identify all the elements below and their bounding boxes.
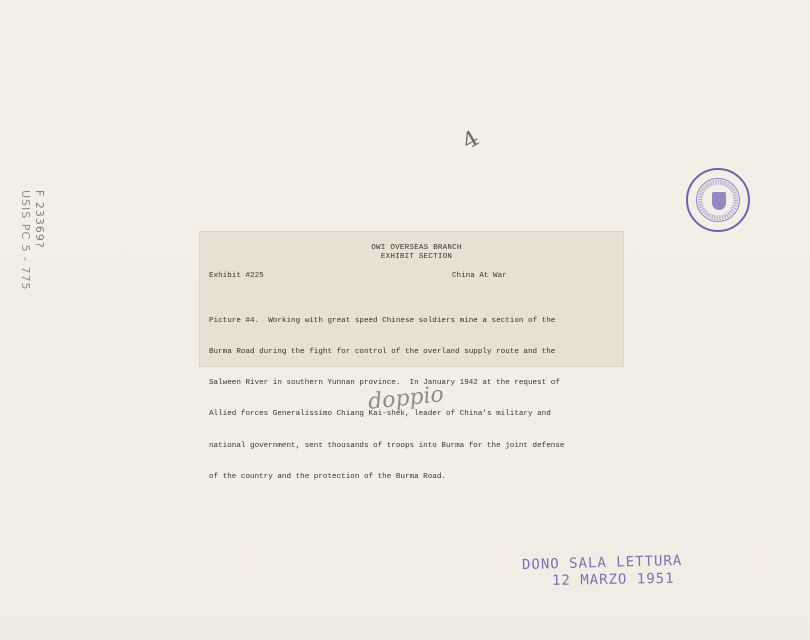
caption-label: OWI OVERSEAS BRANCH EXHIBIT SECTION Exhi… — [200, 232, 623, 366]
exhibit-number: Exhibit #225 — [209, 271, 264, 281]
caption-line: of the country and the protection of the… — [209, 472, 619, 482]
exhibit-topic: China At War — [452, 271, 507, 281]
caption-line: Burma Road during the fight for control … — [209, 347, 619, 357]
round-institution-stamp — [686, 168, 750, 232]
shield-emblem-icon — [712, 192, 726, 210]
pencil-side-note: F 23369? USIS PC 5 - 775 — [18, 190, 46, 291]
side-note-line1: F 23369? — [32, 190, 46, 291]
side-note-line2: USIS PC 5 - 775 — [18, 190, 32, 291]
caption-line: Allied forces Generalissimo Chiang Kai-s… — [209, 409, 619, 419]
stamp-line-date: 12 MARZO 1951 — [522, 571, 683, 591]
label-header-section: EXHIBIT SECTION — [205, 252, 628, 262]
caption-line: national government, sent thousands of t… — [209, 441, 619, 451]
caption-line: Picture #4. Working with great speed Chi… — [209, 316, 619, 326]
donation-date-stamp: DONO SALA LETTURA 12 MARZO 1951 — [522, 555, 682, 589]
